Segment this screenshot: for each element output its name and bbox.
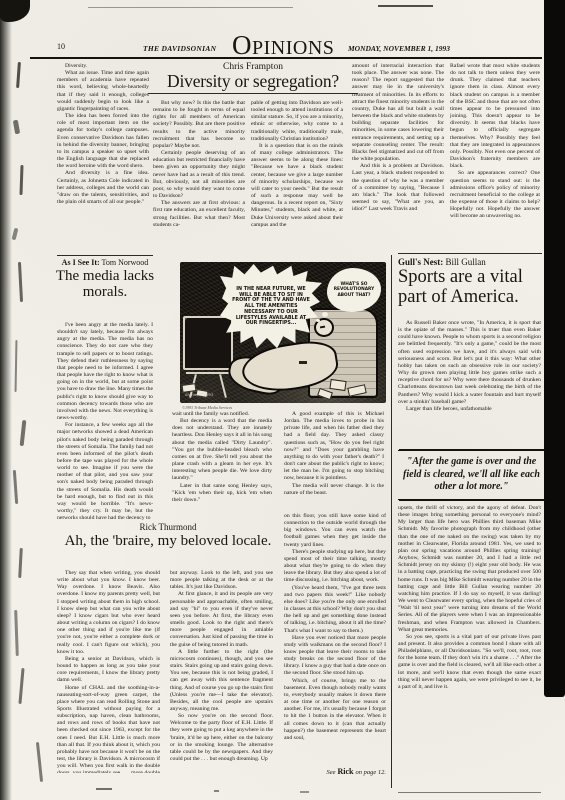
sports-body-bottom: upsets, the thrill of victory, and the a… [398,505,541,788]
diversity-column-5: Rafael wrote that most white students do… [450,63,540,250]
paragraph: upsets, the thrill of victory, and the a… [398,505,541,634]
paragraph: But why now? Is this the battle that rem… [153,100,245,150]
sports-headline-block: Gull's Nest: Bill Gullan Sports are a vi… [398,257,542,308]
media-column-3: A good example of this is Michael Jordan… [284,411,384,509]
scan-smudge [300,791,309,793]
scan-edge-right [544,0,565,697]
scan-smudge [18,668,24,704]
headline-rule [148,93,358,94]
thought-bubble-dot [322,312,328,317]
header-rule [30,57,542,59]
braire-column-2: but anyway. Look to the left, and you se… [170,570,273,773]
media-column-2: wait until the family was notified.But d… [172,411,272,523]
author-tom-norwood: Tom Norwood [102,258,149,267]
scan-smudge [14,610,18,656]
paragraph: So are appearances correct? One question… [450,170,540,220]
kicker-label: As I See It: [62,258,100,267]
paragraph: It is a question that is on the minds of… [251,143,343,229]
jump-post: on page 12. [355,769,386,776]
paragraph: The media will never change. It is the n… [284,483,384,497]
paragraph: amount of interracial interaction that t… [352,63,444,163]
section-rule [398,253,542,254]
paragraph: A little further to the right (the micro… [170,649,273,713]
tv-leg-illustration [219,374,227,398]
diversity-column-4: amount of interracial interaction that t… [352,63,444,250]
scan-smudge [15,340,18,392]
tv-stand-illustration [186,372,232,374]
paragraph: A good example of this is Michael Jordan… [284,411,384,483]
paragraph: But decency is a word that the media doe… [172,418,272,482]
paragraph: So now you're on the second floor. Welco… [170,713,273,763]
editorial-cartoon: IN THE NEAR FUTURE, WE WILL BE ABLE TO S… [180,262,386,403]
thought-bubble-dot [316,319,320,322]
kicker-as-i-see-it: As I See It: Tom Norwood [55,258,155,267]
scan-smudge [96,788,112,790]
scan-line-artifact [378,5,433,7]
paragraph: They say that when writing, you should w… [57,570,160,656]
scan-smudge [13,470,18,504]
paragraph: For instance, a few weeks ago all the ma… [57,422,153,520]
paragraph: What an issue. Time and time again membe… [57,70,149,113]
scan-smudge [20,420,26,446]
paragraph: Later in that same song Henley says, "Ki… [172,483,272,504]
paragraph: on this floor, you still have some kind … [284,513,386,549]
scan-smudge [36,742,43,782]
scattered-paper [329,379,346,391]
paragraph: As Russell Baker once wrote, "In America… [398,320,541,406]
jump-column-name: Rick [337,767,353,776]
braire-headline: Ah, the 'braire, my beloved locale. [57,533,279,550]
paragraph: The idea has been forced into the role o… [57,113,149,170]
scan-line-artifact [88,7,293,8]
paragraph: And this is a problem at Davidson. Last … [352,163,444,213]
scan-corner-mark [0,0,30,22]
sports-headline: Sports are a vital part of America. [398,268,542,308]
scan-smudge [214,790,219,792]
kicker-label: Gull's Nest: [398,257,443,267]
cartoon-thought-bubble: WHAT'S SO REVOLUTIONARY ABOUT THAT? [327,268,381,312]
cartoon-speech-bubble: IN THE NEAR FUTURE, WE WILL BE ABLE TO S… [220,264,322,350]
paragraph: pable of getting into Davidson are well-… [251,100,343,143]
author-bill-gullan: Bill Gullan [446,257,486,267]
diversity-headline: Diversity or segregation? [148,72,358,90]
column-rule [391,255,392,788]
paragraph: Certainly people deserving of an educati… [153,150,245,200]
paragraph: Being a senior at Davidson, which is bou… [57,656,160,685]
paragraph: Have you ever noticed that more people s… [284,635,386,678]
paragraph: Which, of course, brings me to the basem… [284,678,386,742]
bottom-rule [398,792,541,793]
paragraph: Home of CHAL and the soothing-in-a-nause… [57,685,160,774]
cartoon-signature: Stahler ©1993 [185,392,213,397]
scan-smudge [18,548,23,578]
paragraph: Larger than life heroes, unfathomable [398,406,541,413]
paragraph: I've been angry at the media lately. I s… [57,322,153,422]
paragraph: The answers are at first obvious: a firs… [153,200,245,229]
scan-smudge [12,228,19,241]
page-number: 10 [57,42,65,51]
pull-quote: "After the game is over and the field is… [398,450,545,500]
paragraph: wait until the family was notified. [172,411,272,418]
cartoon-credit-line: ©1993 Tribune Media Services [182,405,232,410]
media-headline: The media lacks morals. [55,269,155,301]
diversity-column-3: pable of getting into Davidson are well-… [251,100,343,258]
sports-body-top: As Russell Baker once wrote, "In America… [398,320,541,448]
remote-control-illustration [298,360,308,365]
diversity-column-2: But why now? Is this the battle that rem… [153,100,245,258]
kicker-gulls-nest: Gull's Nest: Bill Gullan [398,257,542,267]
paragraph: And diversity is a fine idea. Certainly,… [57,170,149,206]
newspaper-page: 10 THE DAVIDSONIAN OPINIONS MONDAY, NOVE… [0,0,565,800]
braire-column-1: They say that when writing, you should w… [57,570,160,773]
paragraph: (You've heard them, "I've got three test… [284,585,386,635]
byline-rick-thurmond: Rick Thurmond [57,522,279,532]
jump-pre: See [326,769,335,776]
scan-smudge [16,62,21,88]
issue-date: MONDAY, NOVEMBER 1, 1993 [348,44,450,53]
media-headline-block: As I See It: Tom Norwood The media lacks… [55,258,155,301]
paragraph: There's people studying up here, but the… [284,549,386,585]
paragraph: Rafael wrote that most white students do… [450,63,540,170]
diversity-column-1: Diversity.What an issue. Time and time a… [57,63,149,247]
scan-smudge [19,165,23,195]
paragraph: At first glance, it and its people are v… [170,591,273,648]
television-illustration [183,316,233,370]
section-rule [57,255,153,256]
jump-line: SeeRickon page 12. [284,767,386,776]
paragraph: So you see, sports is a vital part of ou… [398,634,541,691]
diversity-headline-block: Chris Frampton Diversity or segregation? [148,62,358,94]
media-column-1: I've been angry at the media lately. I s… [57,322,153,520]
paragraph: Diversity. [57,63,149,70]
scan-smudge [13,120,20,135]
scan-smudge [18,262,23,302]
publication-name: THE DAVIDSONIAN [143,44,216,53]
braire-headline-block: Rick Thurmond Ah, the 'braire, my belove… [57,522,279,550]
paragraph: but anyway. Look to the left, and you se… [170,570,273,591]
braire-column-3: on this floor, you still have some kind … [284,513,386,764]
scan-edge-left [0,0,12,800]
